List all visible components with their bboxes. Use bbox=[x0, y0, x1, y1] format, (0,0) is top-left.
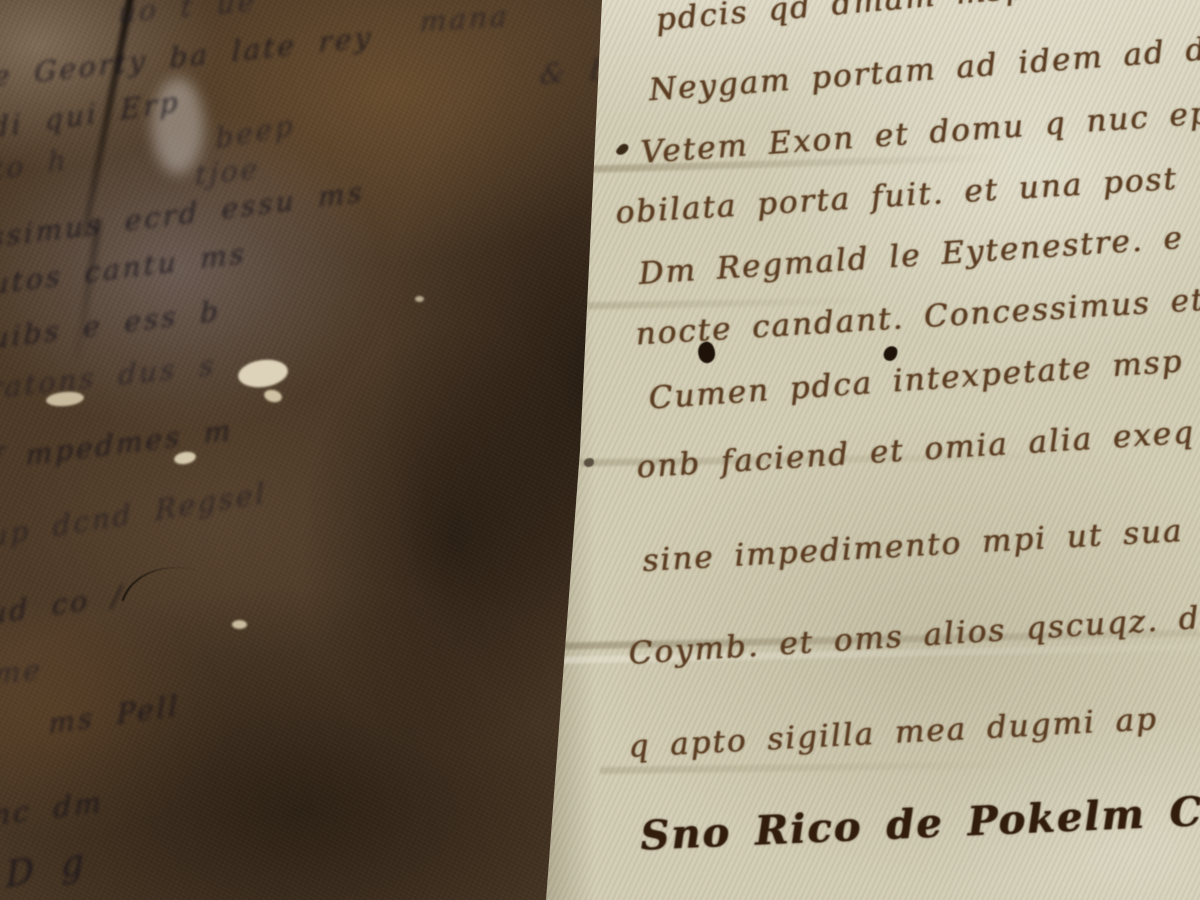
handwritten-line: nocte candant. Concessimus et e bbox=[634, 279, 1200, 352]
faint-text-line: ud co / bbox=[0, 578, 124, 630]
faint-text-line: me bbox=[0, 652, 44, 690]
handwritten-line: obilata porta fuit. et una post bbox=[614, 161, 1178, 231]
handwritten-line: Sno Rico de Pokelm Cr bbox=[639, 787, 1200, 860]
faint-text-line: up dcnd Regsel bbox=[0, 476, 267, 553]
faint-text-line: to h bbox=[0, 142, 69, 186]
damage-spot bbox=[263, 388, 283, 404]
damage-spot bbox=[232, 620, 247, 629]
faint-text-line: D g bbox=[5, 841, 88, 897]
faint-text-line: nc dm bbox=[0, 785, 104, 832]
left-parchment-page: uo t ue mana e Georty ba late rey & b di… bbox=[0, 0, 628, 900]
faint-text-line: f mpedmes m bbox=[0, 413, 234, 476]
manuscript-photo: uo t ue mana e Georty ba late rey & b di… bbox=[0, 0, 1200, 900]
handwritten-line: pdcis qd dmam msp bbox=[654, 0, 1028, 38]
handwritten-line: Dm Regmald le Eytenestre. e bbox=[637, 220, 1184, 292]
faint-text-line: uibs e ess b bbox=[0, 294, 221, 356]
faint-text-line: ms Pell bbox=[49, 689, 181, 741]
faint-text-line: ssimus ecrd essu ms bbox=[0, 175, 365, 254]
faint-text-line: mana bbox=[419, 0, 511, 38]
handwritten-line: Cumen pdca intexpetate msp bbox=[647, 343, 1184, 416]
handwritten-line: q apto sigilla mea dugmi ap bbox=[627, 701, 1158, 765]
faint-text-line: tjoe bbox=[195, 151, 261, 191]
faint-text-line: ratons dus s bbox=[0, 348, 217, 405]
faint-text-line: uo t ue bbox=[117, 0, 258, 29]
handwritten-line: Coymb. et oms alios qscuqz. d bbox=[627, 600, 1200, 672]
damage-spot bbox=[415, 296, 424, 302]
right-parchment-page: pdcis qd dmam msp Neygam portam ad idem … bbox=[540, 0, 1200, 900]
faint-text-line: beep bbox=[215, 108, 296, 155]
damage-spot bbox=[236, 357, 289, 391]
ink-blot bbox=[882, 345, 898, 363]
handwritten-line: sine impedimento mpi ut sua bbox=[641, 513, 1184, 579]
handwritten-line: Neygam portam ad idem ad domu l bbox=[648, 24, 1200, 109]
handwritten-line: onb faciend et omia alia exeq bbox=[635, 414, 1195, 485]
scratch-line bbox=[122, 551, 201, 621]
